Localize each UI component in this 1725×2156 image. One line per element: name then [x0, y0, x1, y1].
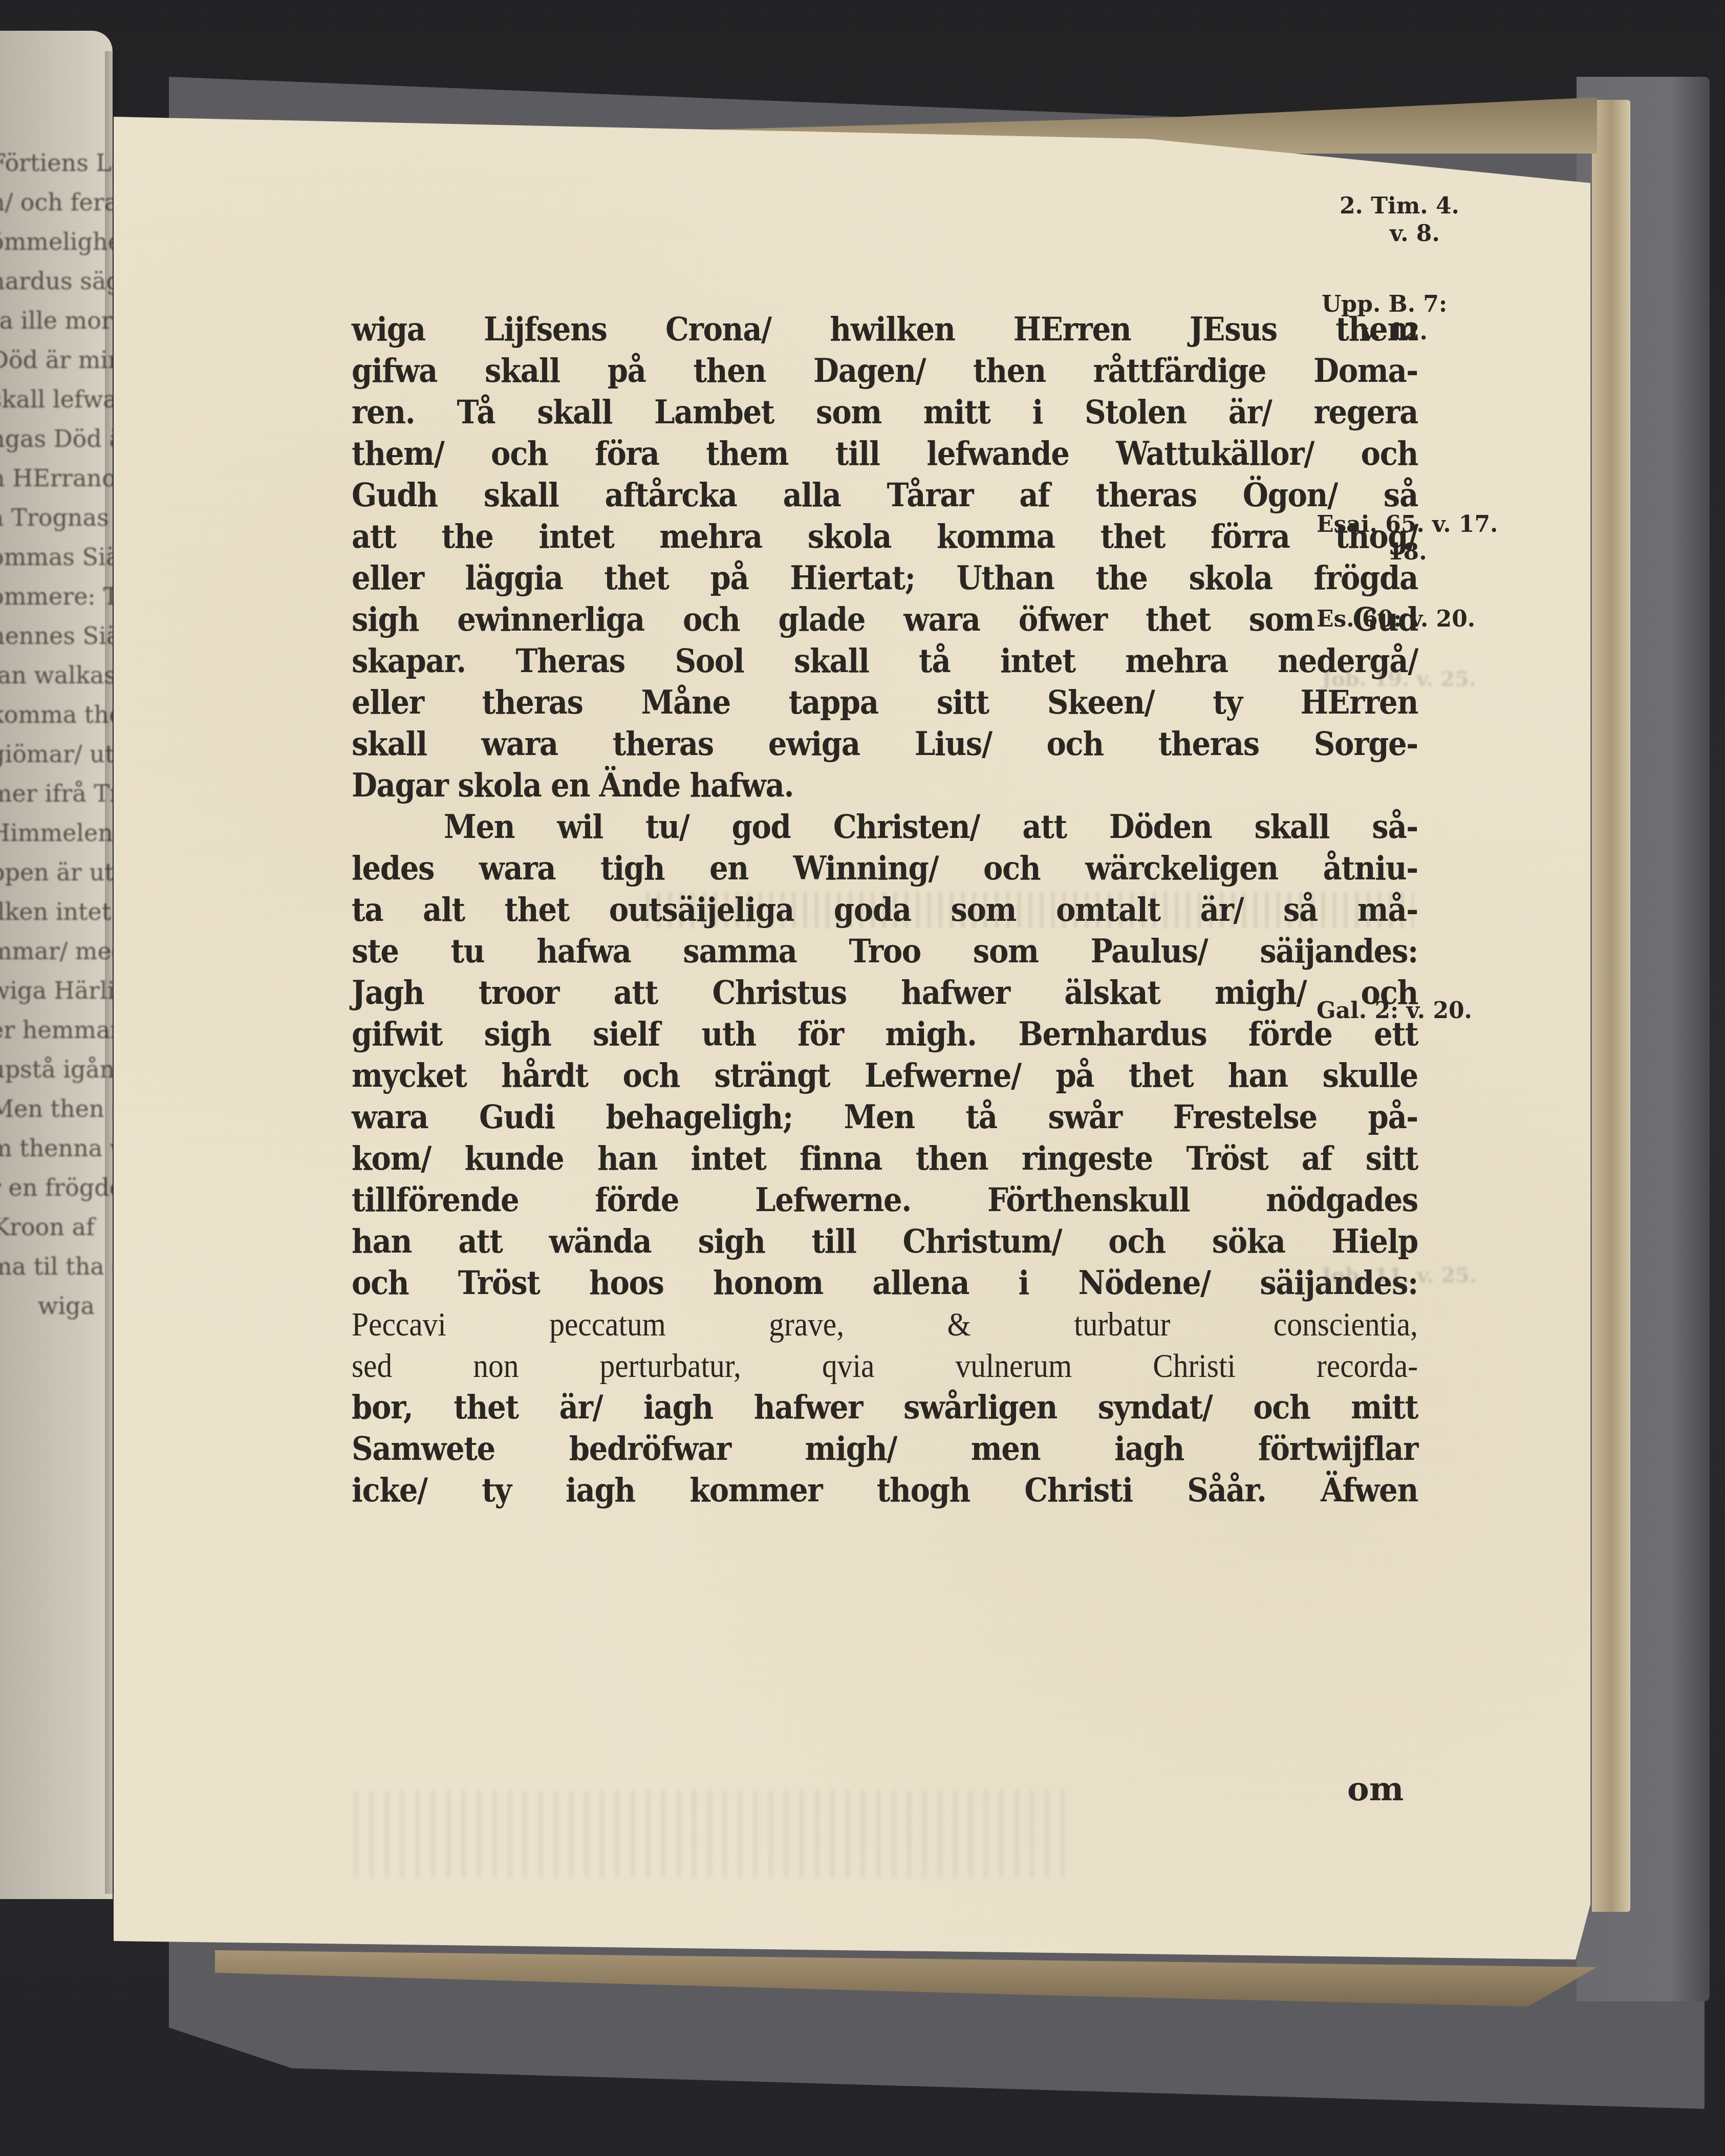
left-page-line: ömmelighet; Ber-	[0, 222, 95, 262]
text-line: Peccavi peccatum grave, & turbatur consc…	[352, 1304, 1418, 1345]
left-page-line: mmar/ medh ett	[0, 932, 95, 971]
left-page-text: Förtiens Landa-n/ och fera therömmelighe…	[0, 143, 95, 1326]
left-page-line: ommere: Ty the gå	[0, 577, 95, 616]
left-page-line: Men then stör-	[0, 1089, 95, 1129]
left-page-line: m thenna wa-	[0, 1129, 95, 1168]
text-line: Samwete bedröfwar migh/ men iagh förtwij…	[352, 1428, 1418, 1470]
text-line: Dagar skola en Ände hafwa.	[352, 765, 1418, 806]
left-page-fragment: Förtiens Landa-n/ och fera therömmelighe…	[0, 31, 113, 1899]
left-page-line: ma til tha e-	[0, 1247, 95, 1286]
left-page-line: Förtiens Landa-	[0, 143, 95, 183]
text-line: sed non perturbatur, qvia vulnerum Chris…	[352, 1345, 1418, 1387]
text-line: sigh ewinnerliga och glade wara öfwer th…	[352, 599, 1418, 640]
left-page-line: wiga Härlighet.	[0, 971, 95, 1010]
left-page-line: komma the alltså	[0, 695, 95, 735]
show-through-note-2: Joh. 11. v. 25.	[1322, 1263, 1477, 1287]
text-line: skapar. Theras Sool skall tå intet mehra…	[352, 640, 1418, 682]
left-page-line: Död är min Död/	[0, 340, 95, 380]
margin-note-upp: Upp. B. 7: v. 12.	[1322, 291, 1447, 346]
left-page-line: n/ och fera ther	[0, 183, 95, 222]
margin-note-gal: Gal. 2: v. 20.	[1317, 997, 1472, 1025]
text-line: och Tröst hoos honom allena i Nödene/ sä…	[352, 1262, 1418, 1304]
left-page-line: ommas Siälar war-	[0, 537, 95, 577]
left-page-line: upstå igån.	[0, 1050, 95, 1089]
text-line: icke/ ty iagh kommer thogh Christi Såår.…	[352, 1470, 1418, 1511]
text-line: ste tu hafwa samma Troo som Paulus/ säij…	[352, 931, 1418, 972]
right-page: wiga Lijfsens Crona/ hwilken HErren JEsu…	[114, 117, 1590, 1959]
show-through-note-1: Job. 19. v. 25.	[1322, 667, 1476, 691]
text-line: ta alt thet outsäijeliga goda som omtalt…	[352, 889, 1418, 931]
left-page-line: nardus säger: Mors	[0, 262, 95, 301]
left-page-line: mer ifrå Troon	[0, 774, 95, 813]
text-line: them/ och föra them till lefwande Wattuk…	[352, 433, 1418, 475]
text-line: mycket hårdt och strängt Lefwerne/ på th…	[352, 1055, 1418, 1096]
left-page-line: wiga	[0, 1286, 95, 1326]
left-page-line: hennes Siälar äro	[0, 616, 95, 656]
text-line: Jagh troor att Christus hafwer älskat mi…	[352, 972, 1418, 1014]
text-line: Gudh skall aftårcka alla Tårar af theras…	[352, 475, 1418, 516]
margin-note-2tim: 2. Tim. 4. v. 8.	[1340, 192, 1459, 248]
text-line: ledes wara tigh en Winning/ och wärckeli…	[352, 848, 1418, 889]
left-page-line: ta ille mortuus est,	[0, 301, 95, 340]
text-line: eller theras Måne tappa sitt Skeen/ ty H…	[352, 682, 1418, 723]
text-line: gifwit sigh sielf uth för migh. Bernhard…	[352, 1014, 1418, 1055]
text-line: wara Gudi behageligh; Men tå swår Freste…	[352, 1096, 1418, 1138]
text-line: tillförende förde Lefwerne. Förthenskull…	[352, 1179, 1418, 1221]
left-page-line: a Trognas Fader	[0, 498, 95, 537]
text-line: att the intet mehra skola komma thet för…	[352, 516, 1418, 557]
text-line: kom/ kunde han intet finna then ringeste…	[352, 1138, 1418, 1179]
text-line: han att wända sigh till Christum/ och sö…	[352, 1221, 1418, 1262]
text-line: eller läggia thet på Hiertat; Uthan the …	[352, 557, 1418, 599]
main-text-block: wiga Lijfsens Crona/ hwilken HErren JEsu…	[352, 309, 1419, 1511]
text-line: wiga Lijfsens Crona/ hwilken HErren JEsu…	[352, 309, 1418, 350]
left-page-line: r en frögdeful	[0, 1168, 95, 1208]
left-page-line: Himmelen till	[0, 813, 95, 853]
left-page-line: skall lefwa. För-	[0, 380, 95, 419]
show-through-ghost-bottom	[354, 1791, 1071, 1878]
left-page-line: er hemmar att	[0, 1010, 95, 1050]
text-line: Men wil tu/ god Christen/ att Döden skal…	[352, 806, 1418, 848]
page-stack-edge	[1592, 100, 1630, 1912]
left-page-line: n HErranom död	[0, 459, 95, 498]
left-page-line: ngas Död är högt	[0, 419, 95, 459]
text-line: ren. Tå skall Lambet som mitt i Stolen ä…	[352, 392, 1418, 433]
text-line: skall wara theras ewiga Lius/ och theras…	[352, 723, 1418, 765]
left-page-line: giömar/ uthi itt	[0, 735, 95, 774]
margin-note-esai: Esai. 65. v. 17. 18.	[1317, 511, 1498, 566]
margin-note-es60: Es. 60: v. 20.	[1317, 606, 1475, 633]
left-page-line: ppen är uthan	[0, 853, 95, 892]
left-page-line: ilken intet mehra	[0, 892, 95, 932]
text-line: gifwa skall på then Dagen/ then råttfärd…	[352, 350, 1418, 392]
text-line: bor, thet är/ iagh hafwer swårligen synd…	[352, 1387, 1418, 1428]
catchword: om	[1347, 1770, 1404, 1808]
left-page-line: ian walkas them/	[0, 656, 95, 695]
left-page-line: Kroon af	[0, 1208, 95, 1247]
